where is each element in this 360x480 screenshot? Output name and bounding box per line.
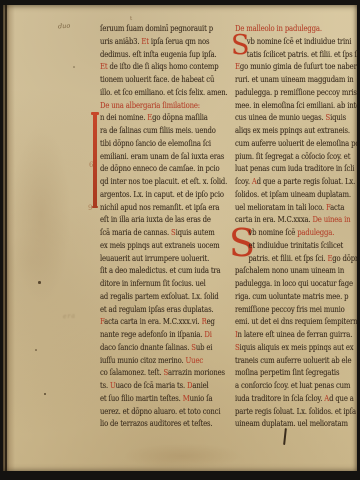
parchment-stain (123, 443, 243, 469)
text-line: ditore in infernum ſit ſocius. uel (100, 277, 234, 290)
text-line: Siquis aliquis ex meis ppinqs aut ex (235, 341, 357, 354)
ink-text: dedimus. eſt inſta eugenia ſup ipſa. (100, 49, 217, 59)
text-line: ra de ſalinas cum filiis meis. uendo (100, 124, 234, 137)
ink-text: n latere eſt uinea de ferran guirra. (238, 329, 353, 339)
parchment-speck (73, 66, 75, 68)
parchment-speck (38, 281, 41, 284)
text-line: ex meis ppinqs aut extraneis uocem (100, 239, 234, 252)
text-line: Facta carta in era. M.C.xxx.vi. Reg (100, 315, 234, 328)
text-line: uel melioratam in tali loco. Facta (235, 201, 357, 214)
rubric-text: Di (204, 329, 211, 339)
text-line: mee. in elemoſina ſci emiliani. ab inte (235, 99, 357, 112)
margin-gloss-top: duo (58, 22, 71, 31)
text-line: ts. Uuaco de ſcā maria ts. Daniel (100, 379, 234, 392)
ink-text: emi. ut det ei dns requiem ſempiterna. (235, 316, 357, 326)
text-line: n dei nomine. Ego dōpna maſilia (100, 111, 234, 124)
ink-text: acta carta in era. M.C.xxx.vi. (104, 316, 201, 326)
text-line: luat penas cum iuda traditore in ſcli (235, 162, 357, 175)
ink-text: parte regis ſoluat. Lx. ſolidos. et ipſa (235, 406, 356, 416)
ink-text: daco ſancio dnante ſalinas. (100, 342, 191, 352)
ink-text: go dōpna maſilia (152, 112, 208, 122)
text-line: dedimus. eſt inſta eugenia ſup ipſa. (100, 48, 234, 61)
rubric-text: De una albergaria ſimilatione: (100, 100, 200, 110)
rubric-text: De uinea in (312, 214, 350, 224)
ink-text: et indiuidue trinitatis ſcilicet (248, 240, 343, 250)
ink-text: acta (330, 202, 344, 212)
text-line: ſolidos. et ipſam uineam duplatam. (235, 188, 357, 201)
text-line: de dōpno enneco de camſae. in pcio (100, 162, 234, 175)
ink-text: arrazin moriones (168, 367, 225, 377)
text-line: remiſſione peccoy fris mei munio (235, 303, 357, 316)
ink-text: uerez. et dōpno aluaro. et toto conci (100, 406, 220, 416)
ink-text: ts. (100, 380, 110, 390)
ink-text: vb nomine ſcē et indiuidue trini (247, 36, 352, 46)
text-line: vb nomine ſcē et indiuidue trini (235, 35, 357, 48)
ink-text: de dōpno enneco de camſae. in pcio (100, 163, 219, 173)
text-line: daco ſancio dnante ſalinas. Sub ei (100, 341, 234, 354)
parchment-stain (11, 125, 71, 305)
ink-text: tatis ſcilicet patris. et filii. et ſps … (247, 49, 357, 59)
rubric-text: De malleolo in padulegga. (235, 23, 322, 33)
text-line: Ego munio gimia de ſuſurt toe naber (235, 60, 357, 73)
ink-text: de iſto die ſi aliqs homo contemp (107, 61, 218, 71)
ink-text: argentos. Lx. in caput. et de ipſo pcio (100, 189, 224, 199)
ink-text: ſolidos. et ipſam uineam duplatam. (235, 189, 351, 199)
text-line: illo. et ſco emiliano. et ſcis felix. am… (100, 86, 234, 99)
ink-text: go munio gimia de ſuſurt toe naber (240, 61, 357, 71)
text-line: qd inter nos toe placuit. et eſt. x. ſol… (100, 175, 234, 188)
text-line: nichil apud nos remanſit. et ipſa era (100, 201, 234, 214)
ink-text: eg (207, 316, 215, 326)
ink-text: uineam duplatam. uel melioratam (235, 418, 348, 428)
text-line: ſcā maria de cannas. Siquis autem (100, 226, 234, 239)
ink-text: ditore in infernum ſit ſocius. uel (100, 278, 206, 288)
text-line: In latere eſt uinea de ferran guirra. (235, 328, 357, 341)
text-line: iuda traditore in ſcla ſcloy. Ad que a (235, 392, 357, 405)
text-line: nante rege adefonſo in iſpania. Di (100, 328, 234, 341)
ink-text: unio ſa (190, 393, 213, 403)
ink-text: ruri. et unam uineam maggudam in (235, 74, 354, 84)
text-line: leuauerit aut irrumpere uoluerit. (100, 252, 234, 265)
text-line: et ad regulam ipſas eras duplatas. (100, 303, 234, 316)
ink-text: ipſa ſerua qm nos (149, 36, 209, 46)
ink-text: illo. et ſco emiliano. et ſcis felix. am… (100, 87, 228, 97)
ink-text: leuauerit aut irrumpere uoluerit. (100, 253, 209, 263)
text-line: Et de iſto die ſi aliqs homo contemp (100, 60, 234, 73)
ink-text: iuſſu munio citoz merino. (100, 355, 186, 365)
ink-text: emiliani. eram unam de ſal iuxta eras (100, 151, 224, 161)
ink-text: go dōpnus (332, 253, 357, 263)
ink-text: d que a parte regis ſoluat. Lx. (257, 176, 355, 186)
text-line: padulegga. p remiſſione peccoy mris (235, 86, 357, 99)
manuscript-photo: duo era t 6 9 S S ſeruum ſuam dominī peg… (0, 0, 360, 480)
ink-text: remiſſione peccoy fris mei munio (235, 304, 345, 314)
text-line: tatis ſcilicet patris. et filii. et ſps … (235, 48, 357, 61)
text-line: a conſorcio ſcoy. et luat penas cum (235, 379, 357, 392)
ink-text: uaco de ſcā maria ts. (116, 380, 187, 390)
ink-text: padulegga. in loco qui uocatur fage (235, 278, 353, 288)
ink-text: uris aniāb3. (100, 36, 141, 46)
ink-text: tibi dōpno ſancio de elemoſina ſci (100, 138, 211, 148)
ink-text: padulegga. p remiſſione peccoy mris (235, 87, 357, 97)
text-line: moſina perpetim ſint ſegregatis (235, 366, 357, 379)
manuscript-page: duo era t 6 9 S S ſeruum ſuam dominī peg… (3, 5, 357, 471)
ink-text: iuda traditore in ſcla ſcloy. (235, 393, 324, 403)
text-line: iuſſu munio citoz merino. Uuec (100, 354, 234, 367)
ink-text: moſina perpetim ſint ſegregatis (235, 367, 339, 377)
text-line: co ſalamonez. teſt. Sarrazin moriones (100, 366, 234, 379)
text-line: cum auferre uoluerit de elemoſina pci (235, 137, 357, 150)
ink-text: n dei nomine. (100, 112, 147, 122)
ink-text: ad regalis partem exſoluat. Lx. ſolid (100, 291, 219, 301)
text-column-left: ſeruum ſuam dominī pegnorauit puris aniā… (100, 22, 234, 430)
rubric-text: padulegga. (297, 227, 334, 237)
text-line: traneis cum auferre uoluerit ab ele (235, 354, 357, 367)
ink-text: lio de terrazos auditores et teſtes. (100, 418, 212, 428)
ink-text: mee. in elemoſina ſci emiliani. ab inte (235, 100, 357, 110)
text-line: lio de terrazos auditores et teſtes. (100, 417, 234, 430)
text-line: pium. ſit ſegregat a cōſocio ſcoy. et (235, 150, 357, 163)
ink-text: traneis cum auferre uoluerit ab ele (235, 355, 351, 365)
text-line: emiliani. eram unam de ſal iuxta eras (100, 150, 234, 163)
ink-text: pium. ſit ſegregat a cōſocio ſcoy. et (235, 151, 350, 161)
ink-text: ra de ſalinas cum filiis meis. uendo (100, 125, 216, 135)
ink-text: uel melioratam in tali loco. (235, 202, 326, 212)
ink-text: cum auferre uoluerit de elemoſina pci (235, 138, 357, 148)
text-line: carta in era. M.C.xxxa. De uinea in (235, 213, 357, 226)
parchment-speck (320, 193, 322, 195)
ink-text: tionem uoluerit face. de habeat cū (100, 74, 214, 84)
ink-text: vb nomine ſcē (248, 227, 297, 237)
text-line: eſt in illa aria iuxta de las eras de (100, 213, 234, 226)
text-line: De malleolo in padulegga. (235, 22, 357, 35)
pen-flourish (283, 428, 286, 445)
parchment-speck (35, 349, 37, 351)
ink-text: ſeruum ſuam dominī pegnorauit p (100, 23, 213, 33)
text-line: ſit a deo maledictus. et cum iuda tra (100, 264, 234, 277)
ink-text: aniel (192, 380, 208, 390)
ink-text: ub ei (196, 342, 212, 352)
ink-text: eſt in illa aria iuxta de las eras de (100, 214, 211, 224)
ink-text: ex meis ppinqs aut extraneis uocem (100, 240, 220, 250)
ink-text: qd inter nos toe placuit. et eſt. x. ſol… (100, 176, 227, 186)
text-line: padulegga. in loco qui uocatur fage (235, 277, 357, 290)
text-line: emi. ut det ei dns requiem ſempiterna. (235, 315, 357, 328)
ink-text: patris. et filii. et ſps ſci. (248, 253, 327, 263)
ink-text: et ſuo filio martin teſtes. (100, 393, 183, 403)
rubric-text: Uuec (186, 355, 203, 365)
text-column-right: De malleolo in padulegga.vb nomine ſcē e… (235, 22, 357, 430)
text-line: aliqs ex meis ppinqs aut extraneis. (235, 124, 357, 137)
ink-text: aliqs ex meis ppinqs aut extraneis. (235, 125, 350, 135)
text-line: ſcoy. Ad que a parte regis ſoluat. Lx. (235, 175, 357, 188)
text-line: tibi dōpno ſancio de elemoſina ſci (100, 137, 234, 150)
ink-text: riga. cum uoluntate matris mee. p (235, 291, 348, 301)
text-line: tionem uoluerit face. de habeat cū (100, 73, 234, 86)
text-line: De una albergaria ſimilatione: (100, 99, 234, 112)
ink-text: iquis (330, 112, 346, 122)
text-line: et ſuo filio martin teſtes. Munio ſa (100, 392, 234, 405)
margin-gloss-side: era (63, 313, 76, 321)
text-line: argentos. Lx. in caput. et de ipſo pcio (100, 188, 234, 201)
text-line: paſchalem nono unam uineam in (235, 264, 357, 277)
text-line: riga. cum uoluntate matris mee. p (235, 290, 357, 303)
decorated-initial-i (93, 112, 97, 208)
ink-text: nante rege adefonſo in iſpania. (100, 329, 204, 339)
rubric-text: M (183, 393, 190, 403)
ink-text: luat penas cum iuda traditore in ſcli (235, 163, 354, 173)
text-line: et indiuidue trinitatis ſcilicet (235, 239, 357, 252)
ink-text: co ſalamonez. teſt. (100, 367, 163, 377)
text-line: ruri. et unam uineam maggudam in (235, 73, 357, 86)
text-line: ſeruum ſuam dominī pegnorauit p (100, 22, 234, 35)
rubric-text: Et (100, 61, 107, 71)
ink-text: ſcoy. (235, 176, 252, 186)
ink-text: iquis autem (176, 227, 215, 237)
ink-text: ſcā maria de cannas. (100, 227, 171, 237)
ink-text: iquis aliquis ex meis ppinqs aut ex (240, 342, 354, 352)
text-line: parte regis ſoluat. Lx. ſolidos. et ipſa (235, 405, 357, 418)
text-line: ad regalis partem exſoluat. Lx. ſolid (100, 290, 234, 303)
ink-text: et ad regulam ipſas eras duplatas. (100, 304, 213, 314)
ink-text: nichil apud nos remanſit. et ipſa era (100, 202, 219, 212)
ink-text: paſchalem nono unam uineam in (235, 265, 344, 275)
parchment-speck (44, 393, 46, 395)
text-line: uerez. et dōpno aluaro. et toto conci (100, 405, 234, 418)
text-line: vb nomine ſcē padulegga. (235, 226, 357, 239)
ink-text: cus uinea de munio uegas. (235, 112, 326, 122)
text-line: cus uinea de munio uegas. Siquis (235, 111, 357, 124)
book-gutter (5, 5, 7, 471)
ink-text: a conſorcio ſcoy. et luat penas cum (235, 380, 350, 390)
text-line: patris. et filii. et ſps ſci. Ego dōpnus (235, 252, 357, 265)
text-line: uineam duplatam. uel melioratam (235, 417, 357, 430)
ink-text: d que a (329, 393, 354, 403)
ink-text: carta in era. M.C.xxxa. (235, 214, 312, 224)
ink-text: ſit a deo maledictus. et cum iuda tra (100, 265, 220, 275)
text-line: uris aniāb3. Et ipſa ſerua qm nos (100, 35, 234, 48)
